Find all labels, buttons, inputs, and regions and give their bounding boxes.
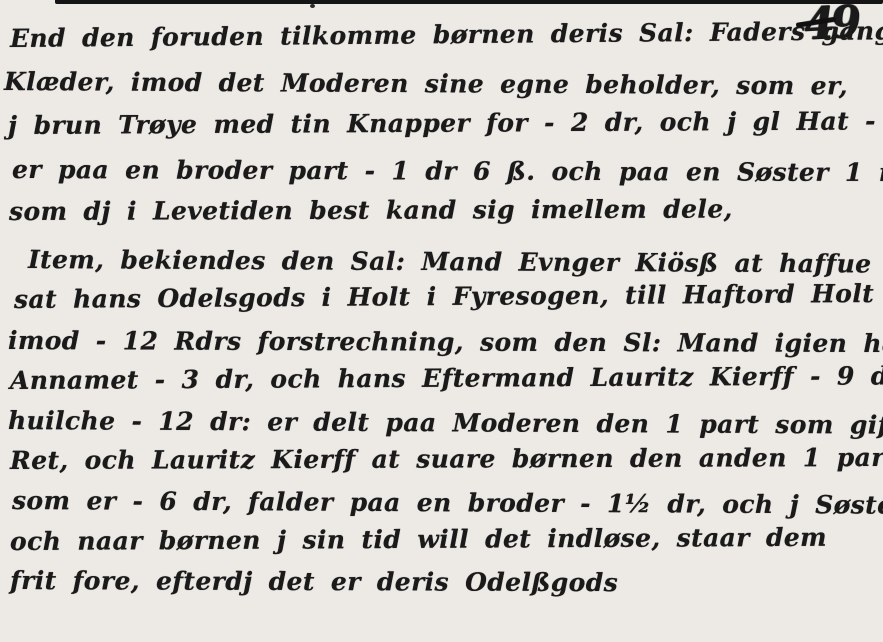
manuscript-text-block: End den foruden tilkomme børnen deris Sa… [0,0,883,642]
manuscript-line: sat hans Odelsgods i Holt i Fyresogen, t… [14,280,883,312]
manuscript-line: End den foruden tilkomme børnen deris Sa… [10,18,883,51]
manuscript-scan: 49 End den foruden tilkomme børnen deris… [0,0,883,642]
manuscript-line: j brun Trøye med tin Knapper for - 2 dr,… [8,108,883,138]
manuscript-line: som er - 6 dr, falder paa en broder - 1½… [12,488,883,518]
manuscript-line: imod - 12 Rdrs forstrechning, som den Sl… [8,328,883,356]
manuscript-line: och naar børnen j sin tid will det indlø… [10,525,827,554]
manuscript-line: er paa en broder part - 1 dr 6 ß. och pa… [12,157,883,185]
manuscript-line: Item, bekiendes den Sal: Mand Evnger Kiö… [28,247,883,277]
manuscript-line: Ret, och Lauritz Kierff at suare børnen … [10,445,883,473]
manuscript-line: huilche - 12 dr: er delt paa Moderen den… [8,408,883,438]
manuscript-line: Annamet - 3 dr, och hans Eftermand Lauri… [10,363,883,393]
manuscript-line: som dj i Levetiden best kand sig imellem… [9,196,733,224]
manuscript-line: frit fore, efterdj det er deris Odelßgod… [10,568,618,595]
manuscript-line: Klæder, imod det Moderen sine egne behol… [4,69,848,98]
